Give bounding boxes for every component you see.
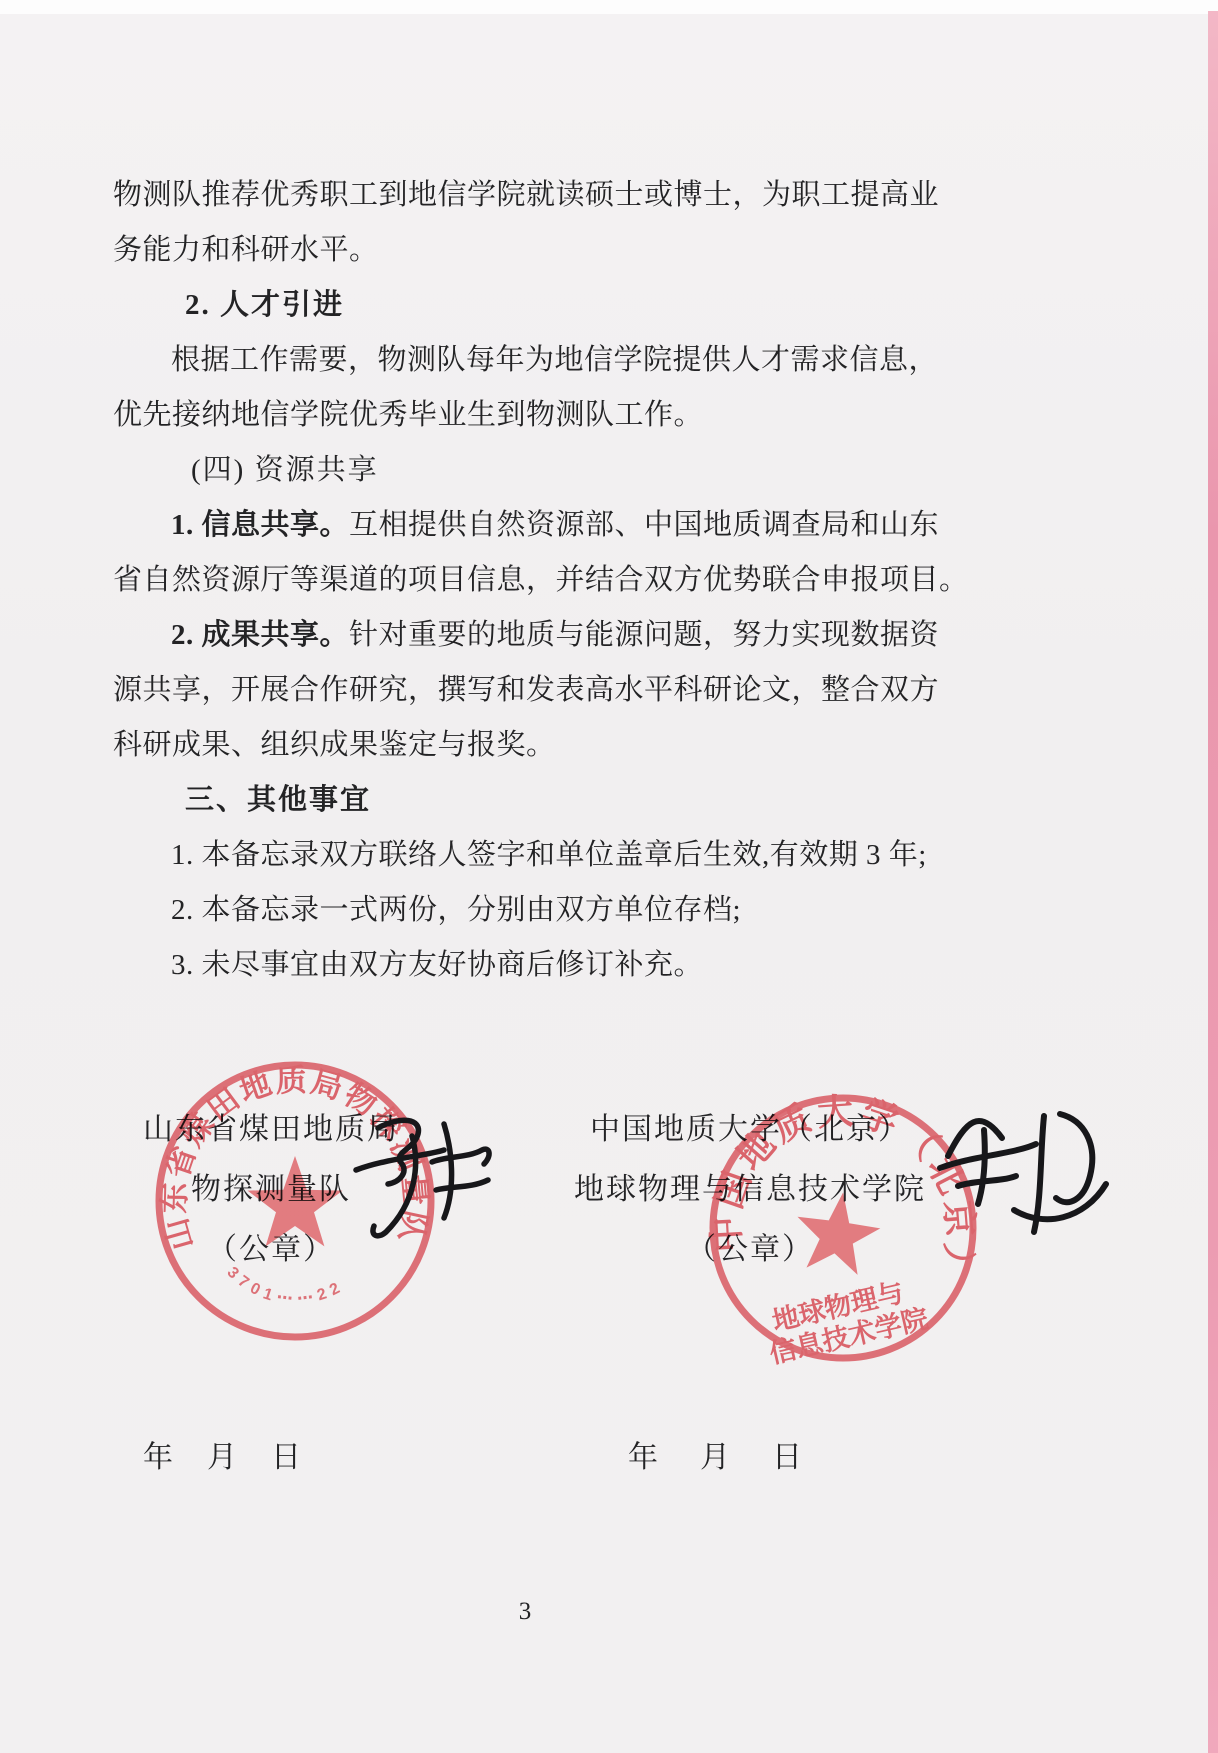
bold-lead-text: 2. 成果共享。 (171, 619, 349, 651)
body-line: 物测队推荐优秀职工到地信学院就读硕士或博士，为职工提高业 (113, 168, 943, 223)
heading-text: (四) 资源共享 (191, 454, 379, 486)
body-line-text: 针对重要的地质与能源问题，努力实现数据资 (349, 619, 939, 651)
body-line: 1. 本备忘录双方联络人签字和单位盖章后生效,有效期 3 年; (113, 828, 943, 883)
body-line: 3. 未尽事宜由双方友好协商后修订补充。 (113, 938, 943, 993)
page-number: 3 (0, 1597, 1050, 1627)
body-line: 科研成果、组织成果鉴定与报奖。 (113, 718, 943, 773)
body-line: 务能力和科研水平。 (113, 223, 943, 278)
body-line: 省自然资源厅等渠道的项目信息，并结合双方优势联合申报项目。 (113, 553, 943, 608)
body-line-text: 源共享，开展合作研究，撰写和发表高水平科研论文，整合双方 (113, 674, 939, 706)
svg-text:3701⋯⋯22: 3701⋯⋯22 (224, 1264, 343, 1308)
left-signature-ink (348, 1106, 498, 1251)
body-line-text: 物测队推荐优秀职工到地信学院就读硕士或博士，为职工提高业 (113, 179, 939, 211)
heading-text: 三、其他事宜 (185, 784, 371, 816)
body-line-text: 2. 本备忘录一式两份，分别由双方单位存档; (171, 894, 741, 926)
seal-star-icon (248, 1156, 343, 1246)
body-line: 2. 成果共享。针对重要的地质与能源问题，努力实现数据资 (113, 608, 943, 663)
bold-lead-text: 1. 信息共享。 (171, 509, 349, 541)
date-line-right: 年 月 日 (628, 1438, 808, 1478)
seal-star-icon (791, 1187, 885, 1277)
scan-pink-edge-strip (1208, 11, 1218, 1753)
body-line: 根据工作需要，物测队每年为地信学院提供人才需求信息， (113, 333, 943, 388)
memo-body: 物测队推荐优秀职工到地信学院就读硕士或博士，为职工提高业 务能力和科研水平。 2… (113, 168, 943, 993)
section-heading: 三、其他事宜 (113, 773, 943, 828)
right-signature-ink (918, 1092, 1113, 1252)
date-line-left: 年 月 日 (143, 1438, 303, 1478)
scan-top-edge (0, 0, 1218, 14)
seal-code-left: 3701⋯⋯22 (224, 1264, 343, 1308)
body-line-text: 务能力和科研水平。 (113, 234, 379, 266)
section-heading: 2. 人才引进 (113, 278, 943, 333)
body-line: 源共享，开展合作研究，撰写和发表高水平科研论文，整合双方 (113, 663, 943, 718)
body-line: 优先接纳地信学院优秀毕业生到物测队工作。 (113, 388, 943, 443)
body-line-text: 3. 未尽事宜由双方友好协商后修订补充。 (171, 949, 703, 981)
sub-heading: (四) 资源共享 (113, 443, 943, 498)
body-line-text: 优先接纳地信学院优秀毕业生到物测队工作。 (113, 399, 703, 431)
body-line: 2. 本备忘录一式两份，分别由双方单位存档; (113, 883, 943, 938)
body-line-text: 1. 本备忘录双方联络人签字和单位盖章后生效,有效期 3 年; (171, 839, 927, 871)
body-line-text: 省自然资源厅等渠道的项目信息，并结合双方优势联合申报项目。 (113, 564, 969, 596)
body-line-text: 互相提供自然资源部、中国地质调查局和山东 (349, 509, 939, 541)
scanned-memo-page: 物测队推荐优秀职工到地信学院就读硕士或博士，为职工提高业 务能力和科研水平。 2… (0, 0, 1218, 1753)
heading-text: 2. 人才引进 (185, 289, 344, 321)
body-line: 1. 信息共享。互相提供自然资源部、中国地质调查局和山东 (113, 498, 943, 553)
body-line-text: 科研成果、组织成果鉴定与报奖。 (113, 729, 556, 761)
body-line-text: 根据工作需要，物测队每年为地信学院提供人才需求信息， (171, 344, 938, 376)
